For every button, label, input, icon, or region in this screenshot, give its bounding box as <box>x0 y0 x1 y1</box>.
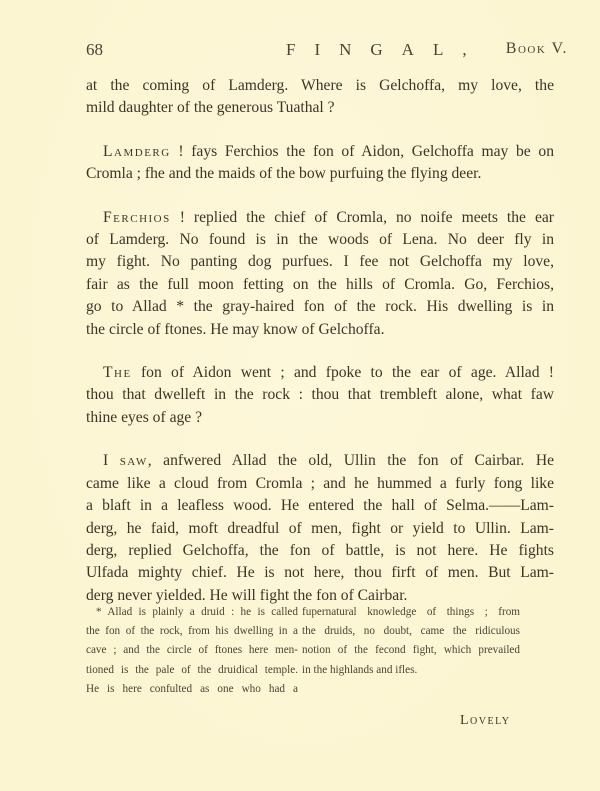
text-line: thine eyes of age ? <box>86 407 554 429</box>
text-line: I saw, anfwered Allad the old, Ullin the… <box>86 450 554 472</box>
footnote-line: tioned is the pale of the druidical temp… <box>86 661 298 680</box>
text-line: thou that dwelleft in the rock : thou th… <box>86 384 554 406</box>
paragraph-lead-word: saw <box>120 452 148 469</box>
text-line: of Lamderg. No found is in the woods of … <box>86 229 554 251</box>
footnote-line: fupernatural knowledge of things ; from <box>302 603 520 622</box>
text-line: a blaft in a leafless wood. He entered t… <box>86 495 554 517</box>
text-fragment: fon of Aidon went ; and fpoke to the ear… <box>132 364 554 381</box>
book-page: 68 FINGAL, Book V. at the coming of Lamd… <box>0 0 600 791</box>
footnote-line: in the highlands and ifles. <box>302 661 520 680</box>
footnote-line: cave ; and the circle of ftones here men… <box>86 641 298 660</box>
text-fragment: I <box>103 452 120 469</box>
page-number: 68 <box>86 40 103 60</box>
text-line: the circle of ftones. He may know of Gel… <box>86 319 554 341</box>
book-label: Book V. <box>506 40 568 58</box>
paragraph-the-son: The fon of Aidon went ; and fpoke to the… <box>86 362 554 429</box>
text-fragment: ! fays Ferchios the fon of Aidon, Gelcho… <box>171 143 554 160</box>
paragraph-lead-word: Ferchios <box>103 209 171 226</box>
paragraph-ferchios: Ferchios ! replied the chief of Cromla, … <box>86 207 554 341</box>
text-line: at the coming of Lamderg. Where is Gelch… <box>86 75 554 97</box>
footnote-line: notion of the fecond fight, which prevai… <box>302 641 520 660</box>
text-line: derg, he faid, moft dreadful of men, fig… <box>86 518 554 540</box>
footnote-line: He is here confulted as one who had a <box>86 680 298 699</box>
catchword: Lovely <box>460 713 510 729</box>
text-line: Ferchios ! replied the chief of Cromla, … <box>86 207 554 229</box>
text-line: my fight. No panting dog purfues. I fee … <box>86 251 554 273</box>
text-line: Ulfada mighty chief. He is not here, tho… <box>86 562 554 584</box>
footnote-right-column: fupernatural knowledge of things ; from … <box>302 603 520 680</box>
paragraph-continuation: at the coming of Lamderg. Where is Gelch… <box>86 75 554 120</box>
footnote-line: the druids, no doubt, came the ridiculou… <box>302 622 520 641</box>
text-line: Cromla ; fhe and the maids of the bow pu… <box>86 163 554 185</box>
text-line: Lamderg ! fays Ferchios the fon of Aidon… <box>86 141 554 163</box>
running-title: FINGAL, <box>286 40 486 60</box>
text-fragment: , anfwered Allad the old, Ullin the fon … <box>148 452 554 469</box>
running-header: 68 FINGAL, Book V. <box>86 40 568 64</box>
text-line: go to Allad * the gray-haired fon of the… <box>86 296 554 318</box>
text-line: mild daughter of the generous Tuathal ? <box>86 97 554 119</box>
paragraph-i-saw: I saw, anfwered Allad the old, Ullin the… <box>86 450 554 607</box>
body-text: at the coming of Lamderg. Where is Gelch… <box>86 75 554 628</box>
footnote-line: the fon of the rock, from his dwelling i… <box>86 622 298 641</box>
text-fragment: ! replied the chief of Cromla, no noife … <box>171 209 554 226</box>
text-line: The fon of Aidon went ; and fpoke to the… <box>86 362 554 384</box>
text-line: came like a cloud from Cromla ; and he h… <box>86 473 554 495</box>
footnote-left-column: * Allad is plainly a druid : he is calle… <box>86 603 298 699</box>
paragraph-lead-word: The <box>103 364 132 381</box>
footnote-line: * Allad is plainly a druid : he is calle… <box>86 603 298 622</box>
text-line: fair as the full moon fetting on the hil… <box>86 274 554 296</box>
paragraph-lead-word: Lamderg <box>103 143 171 160</box>
paragraph-lamderg: Lamderg ! fays Ferchios the fon of Aidon… <box>86 141 554 186</box>
text-line: derg, replied Gelchoffa, the fon of batt… <box>86 540 554 562</box>
